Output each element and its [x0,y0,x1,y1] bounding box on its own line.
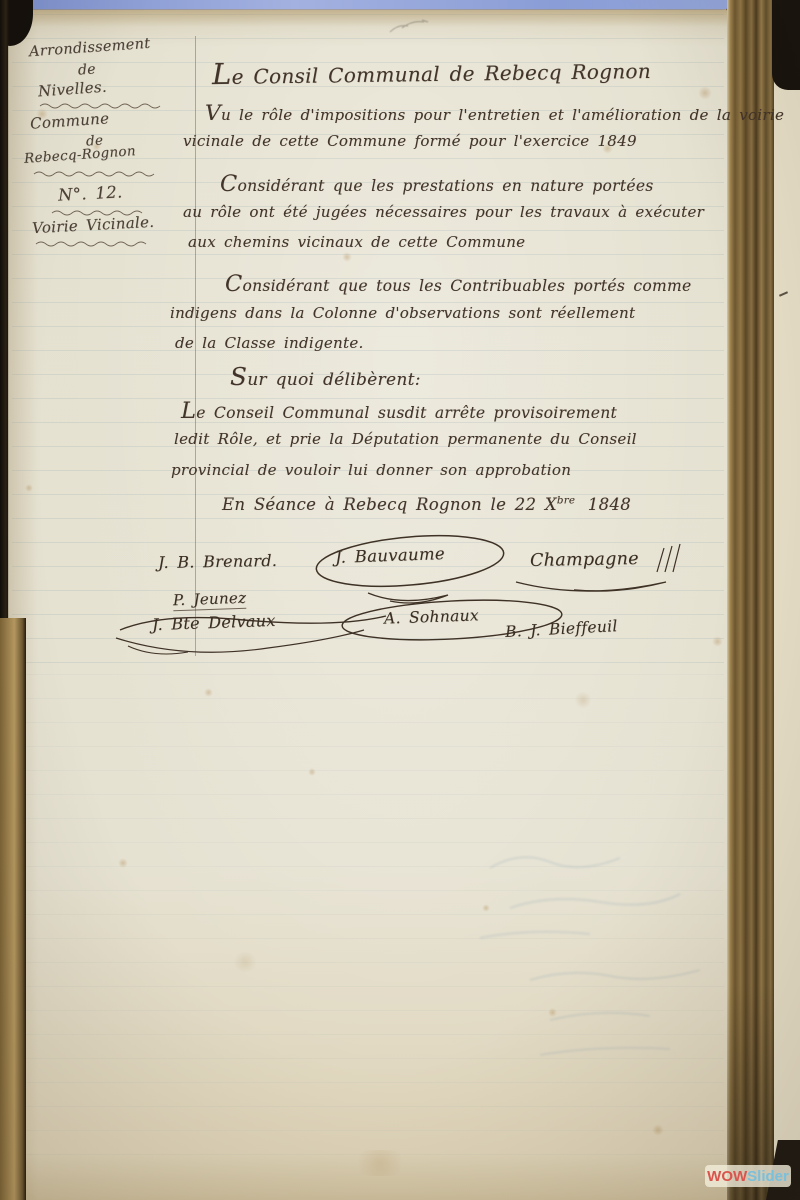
margin-numero: N°. 12. [58,182,123,204]
dateline-superscript: bre [557,496,575,507]
para-arrete-line1: Le Conseil Communal susdit arrête provis… [181,398,617,424]
para-considerant2-line2: indigens dans la Colonne d'observations … [170,304,635,322]
facing-page-sliver [774,0,800,1200]
watermark-wow: WOW [707,1168,747,1185]
archival-document-photo: Arrondissement de Nivelles. Commune de R… [0,0,800,1200]
margin-arrondissement-line2: de [77,61,96,78]
para-considerant1-line1: Considérant que les prestations en natur… [220,171,654,197]
document-title: Le Consil Communal de Rebecq Rognon [212,51,651,91]
dateline-text: En Séance à Rebecq Rognon le 22 X [222,495,557,514]
book-page-edges-right [727,0,774,1200]
para-arrete-line3: provincial de vouloir lui donner son app… [171,461,571,479]
book-cover-edge-left [0,618,26,1200]
para-considerant1-line2: au rôle ont été jugées nécessaires pour … [183,203,704,221]
dateline: En Séance à Rebecq Rognon le 22 Xbre 184… [222,495,631,514]
signature-bauvaume: J. Bauvaume [335,544,446,567]
para-vu-line1: Vu le rôle d'impositions pour l'entretie… [205,101,784,126]
para-considerant1-line3: aux chemins vicinaux de cette Commune [188,233,525,251]
para-considerant2-line1: Considérant que tous les Contribuables p… [225,271,691,297]
signature-brenard: J. B. Brenard. [158,551,277,572]
wowslider-watermark: WOWSlider [705,1165,791,1187]
heading-deliberation: Sur quoi délibèrent: [230,362,421,391]
signature-sohnaux: A. Sohnaux [384,606,480,627]
book-top-edge [26,0,732,10]
watermark-slider: Slider [747,1168,789,1185]
dateline-year: 1848 [584,495,631,514]
para-considerant2-line3: de la Classe indigente. [175,334,364,352]
photo-corner-top-right [772,0,800,90]
signature-champagne: Champagne [530,549,639,571]
para-arrete-line2: ledit Rôle, et prie la Députation perman… [174,430,637,448]
signature-jeunez: P. Jeunez [173,589,247,612]
para-vu-line2: vicinale de cette Commune formé pour l'e… [183,132,637,150]
